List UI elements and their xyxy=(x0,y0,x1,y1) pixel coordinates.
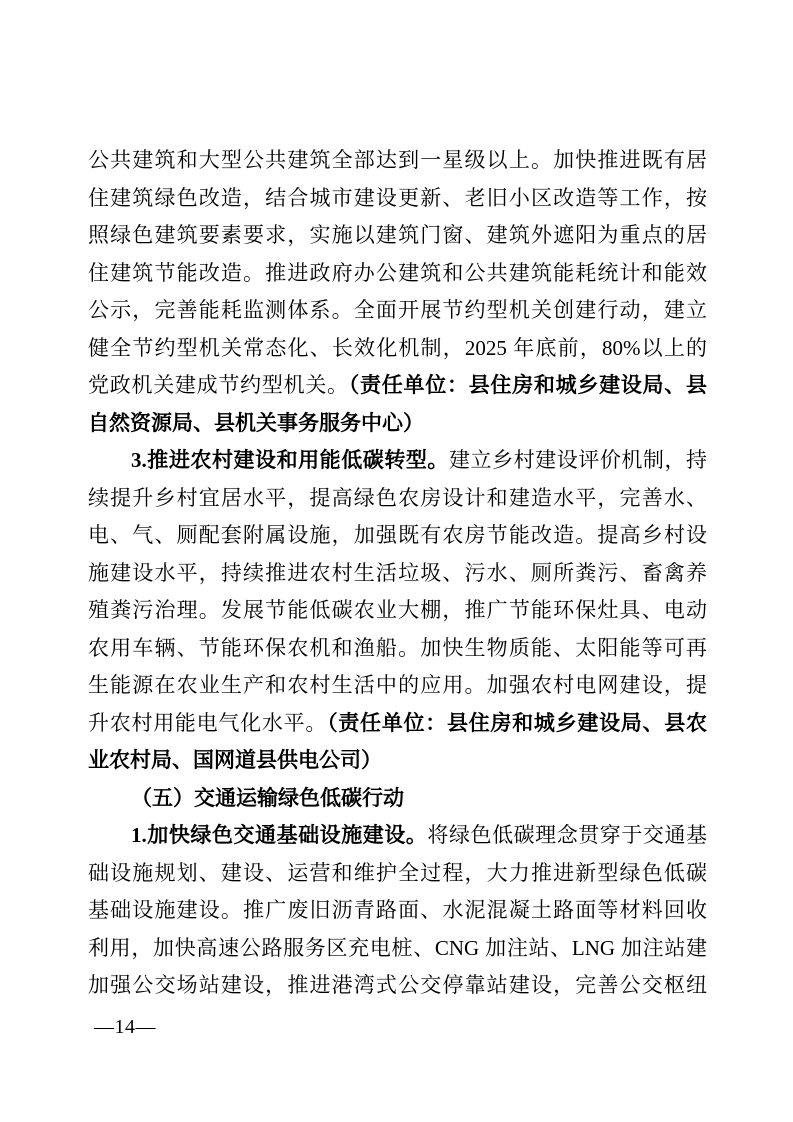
text-line: 党政机关建成节约型机关。（责任单位：县住房和城乡建设局、县 xyxy=(88,367,707,405)
section-heading-transport-green-low-carbon: （五）交通运输绿色低碳行动 xyxy=(88,780,707,818)
paragraph-green-building-energy-saving: 公共建筑和大型公共建筑全部达到一星级以上。加快推进既有居住建筑绿色改造，结合城市… xyxy=(88,142,707,442)
text-line: （五）交通运输绿色低碳行动 xyxy=(88,780,707,818)
text-line: 公示，完善能耗监测体系。全面开展节约型机关创建行动，建立 xyxy=(88,292,707,330)
text-line: 3.推进农村建设和用能低碳转型。建立乡村建设评价机制，持 xyxy=(88,442,707,480)
text-line: 加强公交场站建设，推进港湾式公交停靠站建设，完善公交枢纽 xyxy=(88,967,707,1005)
text-line: 生能源在农业生产和农村生活中的应用。加强农村电网建设，提 xyxy=(88,667,707,705)
text-segment: 升农村用能电气化水平。 xyxy=(88,711,327,735)
text-segment: 加强公交场站建设，推进港湾式公交停靠站建设，完善公交枢纽 xyxy=(88,973,707,997)
paragraph-green-transport-infrastructure: 1.加快绿色交通基础设施建设。将绿色低碳理念贯穿于交通基础设施规划、建设、运营和… xyxy=(88,817,707,1005)
text-line: 自然资源局、县机关事务服务中心） xyxy=(88,405,707,443)
text-segment-bold: 业农村局、国网道县供电公司） xyxy=(88,748,382,772)
text-line: 业农村局、国网道县供电公司） xyxy=(88,742,707,780)
text-line: 利用，加快高速公路服务区充电桩、CNG 加注站、LNG 加注站建设。 xyxy=(88,930,707,968)
text-line: 照绿色建筑要素要求，实施以建筑门窗、建筑外遮阳为重点的居 xyxy=(88,217,707,255)
text-segment: 公共建筑和大型公共建筑全部达到一星级以上。加快推进既有居 xyxy=(88,148,707,172)
text-line: 施建设水平，持续推进农村生活垃圾、污水、厕所粪污、畜禽养 xyxy=(88,555,707,593)
text-segment: 照绿色建筑要素要求，实施以建筑门窗、建筑外遮阳为重点的居 xyxy=(88,223,707,247)
text-segment: 殖粪污治理。发展节能低碳农业大棚，推广节能环保灶具、电动 xyxy=(88,598,707,622)
text-segment: 建立乡村建设评价机制，持 xyxy=(449,448,707,472)
text-segment: 住建筑节能改造。推进政府办公建筑和公共建筑能耗统计和能效 xyxy=(88,261,707,285)
text-line: 住建筑绿色改造，结合城市建设更新、老旧小区改造等工作，按 xyxy=(88,180,707,218)
text-segment: 利用，加快高速公路服务区充电桩、CNG 加注站、LNG 加注站建设。 xyxy=(88,936,707,968)
text-segment: 公示，完善能耗监测体系。全面开展节约型机关创建行动，建立 xyxy=(88,298,707,322)
text-segment-bold: （五）交通运输绿色低碳行动 xyxy=(131,786,404,810)
text-line: 殖粪污治理。发展节能低碳农业大棚，推广节能环保灶具、电动 xyxy=(88,592,707,630)
document-body: 公共建筑和大型公共建筑全部达到一星级以上。加快推进既有居住建筑绿色改造，结合城市… xyxy=(88,142,707,1005)
text-line: 住建筑节能改造。推进政府办公建筑和公共建筑能耗统计和能效 xyxy=(88,255,707,293)
text-segment-bold: 1.加快绿色交通基础设施建设。 xyxy=(131,823,427,847)
text-segment-bold: 自然资源局、县机关事务服务中心） xyxy=(88,411,424,435)
text-segment-bold: （责任单位：县住房和城乡建设局、县农 xyxy=(327,711,707,735)
text-segment: 基础设施建设。推广废旧沥青路面、水泥混凝土路面等材料回收 xyxy=(88,898,707,922)
text-line: 础设施规划、建设、运营和维护全过程，大力推进新型绿色低碳 xyxy=(88,855,707,893)
text-line: 电、气、厕配套附属设施，加强既有农房节能改造。提高乡村设 xyxy=(88,517,707,555)
text-segment: 生能源在农业生产和农村生活中的应用。加强农村电网建设，提 xyxy=(88,673,707,697)
text-segment: 健全节约型机关常态化、长效化机制，2025 年底前，80%以上的 xyxy=(88,336,707,360)
text-line: 基础设施建设。推广废旧沥青路面、水泥混凝土路面等材料回收 xyxy=(88,892,707,930)
text-line: 1.加快绿色交通基础设施建设。将绿色低碳理念贯穿于交通基 xyxy=(88,817,707,855)
text-line: 健全节约型机关常态化、长效化机制，2025 年底前，80%以上的 xyxy=(88,330,707,368)
text-segment: 电、气、厕配套附属设施，加强既有农房节能改造。提高乡村设 xyxy=(88,523,707,547)
paragraph-rural-construction-low-carbon: 3.推进农村建设和用能低碳转型。建立乡村建设评价机制，持续提升乡村宜居水平，提高… xyxy=(88,442,707,780)
text-segment: 党政机关建成节约型机关。 xyxy=(88,373,349,397)
text-segment-bold: （责任单位：县住房和城乡建设局、县 xyxy=(349,373,707,397)
text-line: 农用车辆、节能环保农机和渔船。加快生物质能、太阳能等可再 xyxy=(88,630,707,668)
text-segment: 施建设水平，持续推进农村生活垃圾、污水、厕所粪污、畜禽养 xyxy=(88,561,707,585)
document-page: 公共建筑和大型公共建筑全部达到一星级以上。加快推进既有居住建筑绿色改造，结合城市… xyxy=(0,0,793,1122)
text-segment-bold: 3.推进农村建设和用能低碳转型。 xyxy=(131,448,449,472)
text-line: 续提升乡村宜居水平，提高绿色农房设计和建造水平，完善水、 xyxy=(88,480,707,518)
text-segment: 将绿色低碳理念贯穿于交通基 xyxy=(427,823,707,847)
text-segment: 续提升乡村宜居水平，提高绿色农房设计和建造水平，完善水、 xyxy=(88,486,707,510)
text-segment: 住建筑绿色改造，结合城市建设更新、老旧小区改造等工作，按 xyxy=(88,186,707,210)
page-number: —14— xyxy=(94,1015,156,1039)
text-line: 升农村用能电气化水平。（责任单位：县住房和城乡建设局、县农 xyxy=(88,705,707,743)
text-line: 公共建筑和大型公共建筑全部达到一星级以上。加快推进既有居 xyxy=(88,142,707,180)
text-segment: 农用车辆、节能环保农机和渔船。加快生物质能、太阳能等可再 xyxy=(88,636,707,660)
text-segment: 础设施规划、建设、运营和维护全过程，大力推进新型绿色低碳 xyxy=(88,861,707,885)
